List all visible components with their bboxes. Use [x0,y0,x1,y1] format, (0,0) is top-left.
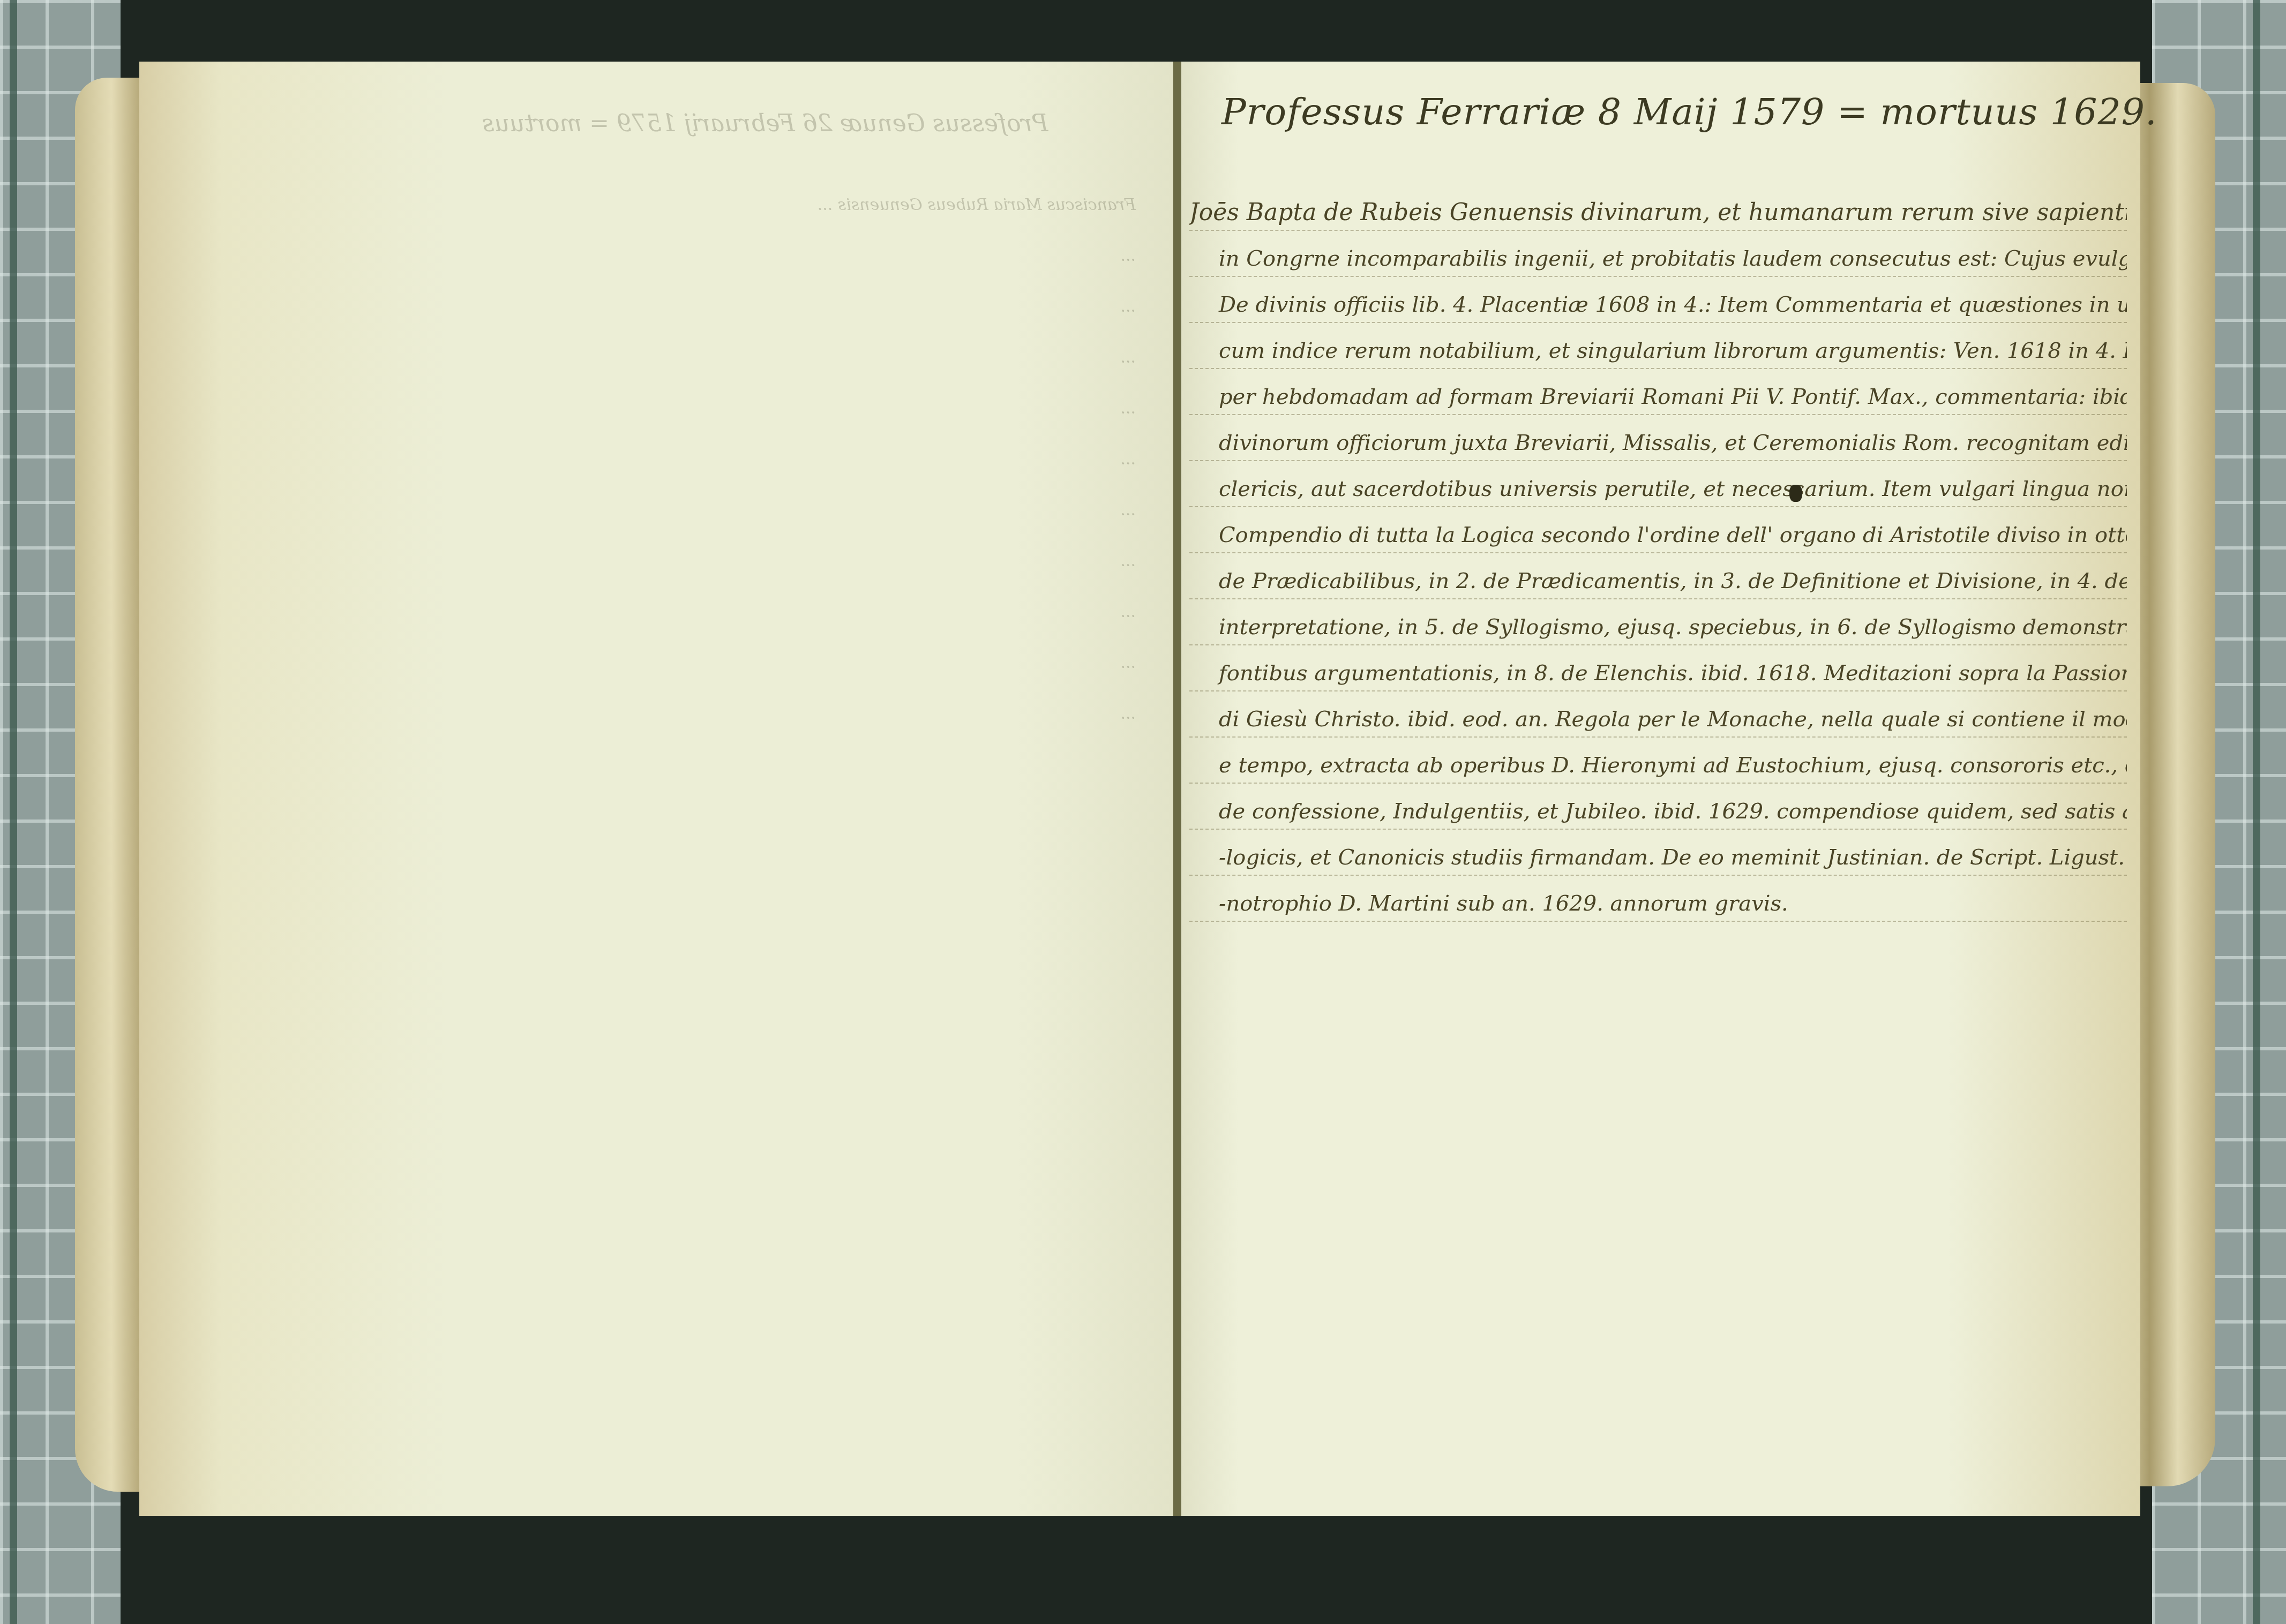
bleed-through-line: ... [225,348,1136,367]
bleed-through-line: ... [225,399,1136,418]
text-line: -notrophio D. Martini sub an. 1629. anno… [1189,886,2127,922]
text-line: clericis, aut sacerdotibus universis per… [1189,472,2127,507]
bleed-through-line: ... [225,603,1136,621]
bleed-through-line: ... [225,501,1136,520]
text-line: fontibus argumentationis, in 8. de Elenc… [1189,656,2127,691]
text-line: -logicis, et Canonicis studiis firmandam… [1189,840,2127,876]
bleed-through-title: Professus Genuæ 26 Februarij 1579 = mort… [482,110,1048,137]
page-title: Professus Ferrariæ 8 Maij 1579 = mortuus… [1221,91,2157,133]
text-line: in Congrne incomparabilis ingenii, et pr… [1189,242,2127,277]
glass-edge-right [2253,0,2260,1624]
ink-blot [1789,485,1802,502]
left-page: Professus Genuæ 26 Februarij 1579 = mort… [139,62,1173,1516]
text-line: divinorum officiorum juxta Breviarii, Mi… [1189,426,2127,461]
text-line: Compendio di tutta la Logica secondo l'o… [1189,518,2127,553]
text-line: De divinis officiis lib. 4. Placentiæ 16… [1189,288,2127,323]
bleed-through-line: ... [225,653,1136,672]
manuscript-body: Joēs Bapta de Rubeis Genuensis divinarum… [1189,196,2127,933]
text-line: per hebdomadam ad formam Breviarii Roman… [1189,380,2127,415]
glass-edge-left [10,0,17,1624]
bleed-through-line: Franciscus Maria Rubeus Genuensis ... [225,196,1136,214]
book-gutter [1173,62,1181,1516]
text-line: di Giesù Christo. ibid. eod. an. Regola … [1189,702,2127,738]
text-line: interpretatione, in 5. de Syllogismo, ej… [1189,610,2127,645]
bleed-through-line: ... [225,246,1136,265]
bleed-through-line: ... [225,704,1136,723]
bleed-through-line: ... [225,450,1136,469]
text-line: de confessione, Indulgentiis, et Jubileo… [1189,794,2127,830]
text-line: cum indice rerum notabilium, et singular… [1189,334,2127,369]
bleed-through-line: ... [225,552,1136,570]
text-line: e tempo, extracta ab operibus D. Hierony… [1189,748,2127,784]
text-line: de Prædicabilibus, in 2. de Prædicamenti… [1189,564,2127,599]
text-line: Joēs Bapta de Rubeis Genuensis divinarum… [1189,196,2127,231]
bleed-through-line: ... [225,297,1136,316]
